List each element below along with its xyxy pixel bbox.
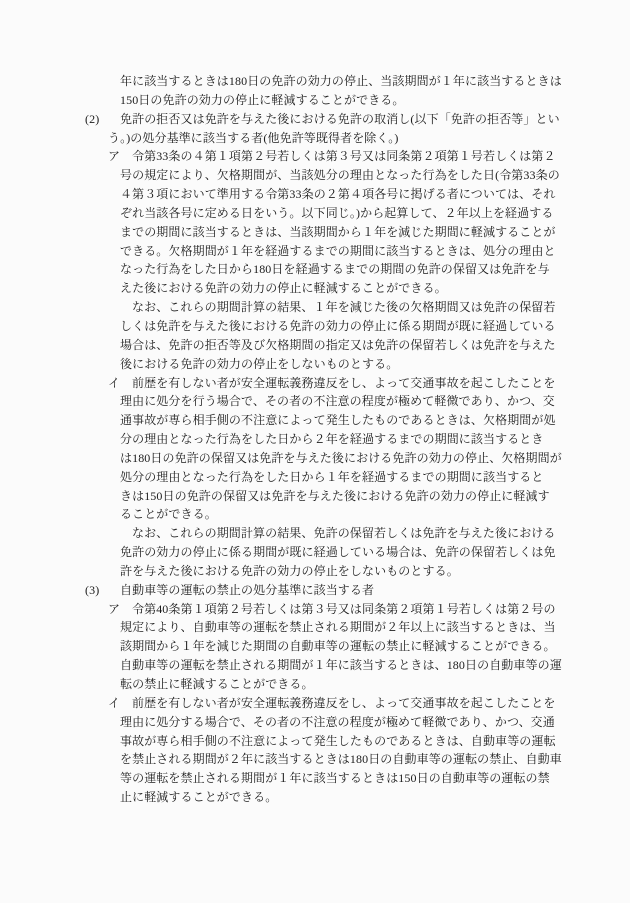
text-line: きは150日の免許の保留又は免許を与えた後における免許の効力の停止に軽減す — [120, 487, 630, 506]
text-line: 年に該当するときは180日の免許の効力の停止、当該期間が１年に該当するときは — [120, 72, 630, 91]
text-line: を禁止される期間が２年に該当するときは180日の自動車等の運転の禁止、自動車 — [120, 750, 630, 769]
text-line: ることができる。 — [120, 505, 630, 524]
document-page: 年に該当するときは180日の免許の効力の停止、当該期間が１年に該当するときは15… — [0, 0, 630, 903]
text-line: (3)自動車等の運転の禁止の処分基準に該当する者 — [85, 581, 630, 600]
text-line: 号の規定により、欠格期間が、当該処分の理由となった行為をした日(令第33条の — [120, 166, 630, 185]
text-block: 年に該当するときは180日の免許の効力の停止、当該期間が１年に該当するときは15… — [0, 72, 630, 807]
text-line: イ前歴を有しない者が安全運転義務違反をし、よって交通事故を起こしたことを — [108, 694, 630, 713]
text-line: なった行為をした日から180日を経過するまでの期間の免許の保留又は免許を与 — [120, 260, 630, 279]
list-marker: イ — [108, 374, 132, 393]
text-line: 免許の効力の停止に係る期間が既に経過している場合は、免許の保留若しくは免 — [120, 543, 630, 562]
text-line: 場合は、免許の拒否等及び欠格期間の指定又は免許の保留若しくは免許を与えた — [120, 336, 630, 355]
text-line: しくは免許を与えた後における免許の効力の停止に係る期間が既に経過している — [120, 317, 630, 336]
text-line: 理由に処分する場合で、その者の不注意の程度が極めて軽微であり、かつ、交通 — [120, 713, 630, 732]
list-marker: ア — [108, 600, 132, 619]
text-line: 理由に処分を行う場合で、その者の不注意の程度が極めて軽微であり、かつ、交 — [120, 392, 630, 411]
list-marker: (2) — [85, 110, 120, 129]
text-line: できる。欠格期間が１年を経過するまでの期間に該当するときは、処分の理由と — [120, 242, 630, 261]
text-line: 後における免許の効力の停止をしないものとする。 — [120, 355, 630, 374]
text-line: 該期間から１年を減じた期間の自動車等の運転の禁止に軽減することができる。 — [120, 637, 630, 656]
text-line: ４第３項において準用する令第33条の２第４項各号に掲げる者については、それ — [120, 185, 630, 204]
text-line: 止に軽減することができる。 — [120, 788, 630, 807]
text-line: なお、これらの期間計算の結果、免許の保留若しくは免許を与えた後における — [132, 524, 630, 543]
text-line: ア令第40条第１項第２号若しくは第３号又は同条第２項第１号若しくは第２号の — [108, 600, 630, 619]
text-line: 許を与えた後における免許の効力の停止をしないものとする。 — [120, 562, 630, 581]
text-line: は180日の免許の保留又は免許を与えた後における免許の効力の停止、欠格期間が — [120, 449, 630, 468]
list-marker: (3) — [85, 581, 120, 600]
text-line: イ前歴を有しない者が安全運転義務違反をし、よって交通事故を起こしたことを — [108, 374, 630, 393]
text-line: えた後における免許の効力の停止に軽減することができる。 — [120, 279, 630, 298]
text-line: ぞれ当該各号に定める日をいう。以下同じ。)から起算して、２年以上を経過する — [120, 204, 630, 223]
text-line: (2)免許の拒否又は免許を与えた後における免許の取消し(以下「免許の拒否等」とい — [85, 110, 630, 129]
text-line: までの期間に該当するときは、当該期間から１年を減じた期間に軽減することが — [120, 223, 630, 242]
text-line: 分の理由となった行為をした日から２年を経過するまでの期間に該当するとき — [120, 430, 630, 449]
text-line: 処分の理由となった行為をした日から１年を経過するまでの期間に該当すると — [120, 468, 630, 487]
text-line: なお、これらの期間計算の結果、１年を減じた後の欠格期間又は免許の保留若 — [132, 298, 630, 317]
text-line: 等の運転を禁止される期間が１年に該当するときは150日の自動車等の運転の禁 — [120, 769, 630, 788]
text-line: 規定により、自動車等の運転を禁止される期間が２年以上に該当するときは、当 — [120, 618, 630, 637]
list-marker: イ — [108, 694, 132, 713]
text-line: 自動車等の運転を禁止される期間が１年に該当するときは、180日の自動車等の運 — [120, 656, 630, 675]
text-line: う。)の処分基準に該当する者(他免許等既得者を除く。) — [108, 129, 630, 148]
text-line: 150日の免許の効力の停止に軽減することができる。 — [120, 91, 630, 110]
text-line: 通事故が専ら相手側の不注意によって発生したものであるときは、欠格期間が処 — [120, 411, 630, 430]
text-line: 転の禁止に軽減することができる。 — [120, 675, 630, 694]
text-line: ア令第33条の４第１項第２号若しくは第３号又は同条第２項第１号若しくは第２ — [108, 147, 630, 166]
list-marker: ア — [108, 147, 132, 166]
text-line: 事故が専ら相手側の不注意によって発生したものであるときは、自動車等の運転 — [120, 732, 630, 751]
